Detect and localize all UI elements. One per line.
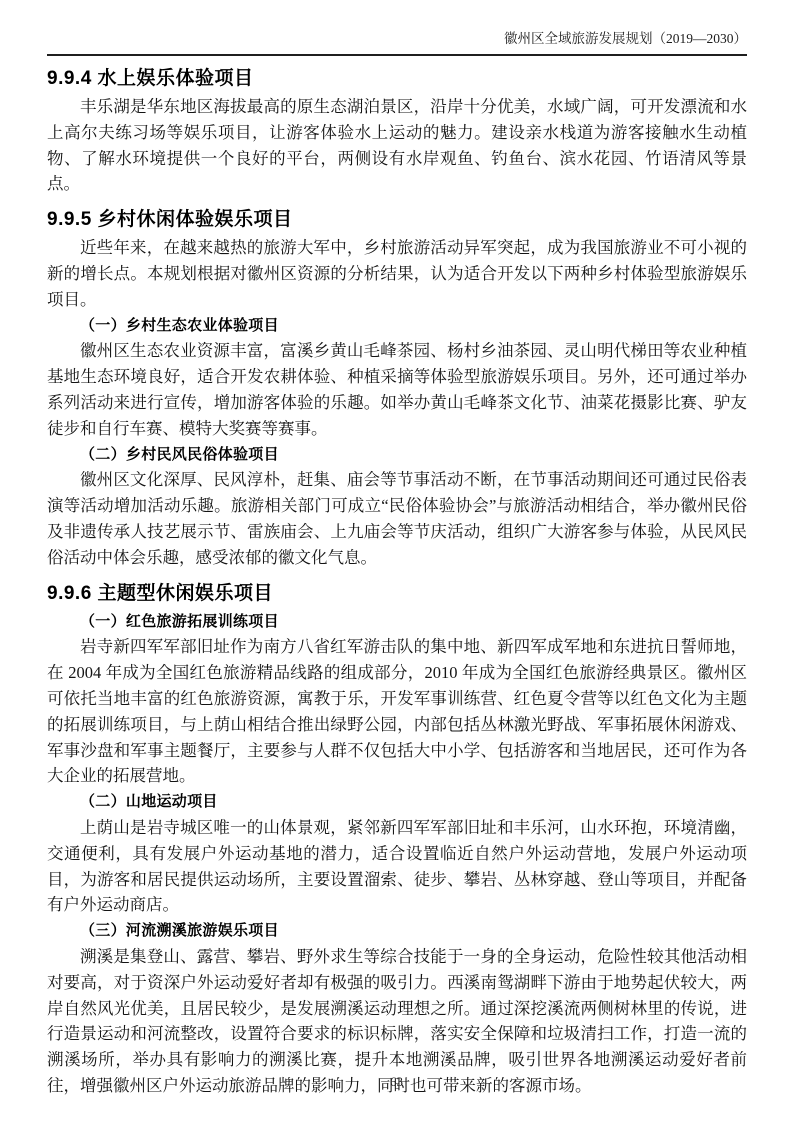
subsection-heading-river-tracing: （三）河流溯溪旅游娱乐项目 (47, 918, 747, 944)
paragraph-rural-agriculture: 徽州区生态农业资源丰富，富溪乡黄山毛峰茶园、杨村乡油茶园、灵山明代梯田等农业种植… (47, 338, 747, 441)
page-header: 徽州区全域旅游发展规划（2019—2030） (47, 0, 747, 56)
paragraph-water-recreation: 丰乐湖是华东地区海拔最高的原生态湖泊景区，沿岸十分优美，水域广阔，可开发漂流和水… (47, 94, 747, 197)
paragraph-folk-customs: 徽州区文化深厚、民风淳朴，赶集、庙会等节事活动不断，在节事活动期间还可通过民俗表… (47, 467, 747, 570)
page-footer: 63 (0, 1074, 793, 1090)
running-header-title: 徽州区全域旅游发展规划（2019—2030） (504, 31, 747, 46)
paragraph-red-tourism: 岩寺新四军军部旧址作为南方八省红军游击队的集中地、新四军成军地和东进抗日誓师地，… (47, 634, 747, 789)
section-heading-9-9-5: 9.9.5 乡村休闲体验娱乐项目 (47, 207, 747, 232)
paragraph-rural-intro: 近些年来，在越来越热的旅游大军中，乡村旅游活动异军突起，成为我国旅游业不可小视的… (47, 235, 747, 312)
document-body: 9.9.4 水上娱乐体验项目 丰乐湖是华东地区海拔最高的原生态湖泊景区，沿岸十分… (47, 66, 747, 1099)
subsection-heading-rural-agriculture: （一）乡村生态农业体验项目 (47, 313, 747, 339)
page-number: 63 (390, 1074, 403, 1089)
subsection-heading-folk-customs: （二）乡村民风民俗体验项目 (47, 442, 747, 468)
subsection-heading-mountain-sports: （二）山地运动项目 (47, 789, 747, 815)
document-page: 徽州区全域旅游发展规划（2019—2030） 9.9.4 水上娱乐体验项目 丰乐… (0, 0, 793, 1122)
paragraph-mountain-sports: 上荫山是岩寺城区唯一的山体景观，紧邻新四军军部旧址和丰乐河，山水环抱，环境清幽，… (47, 815, 747, 918)
section-heading-9-9-4: 9.9.4 水上娱乐体验项目 (47, 66, 747, 91)
subsection-heading-red-tourism: （一）红色旅游拓展训练项目 (47, 609, 747, 635)
section-heading-9-9-6: 9.9.6 主题型休闲娱乐项目 (47, 581, 747, 606)
